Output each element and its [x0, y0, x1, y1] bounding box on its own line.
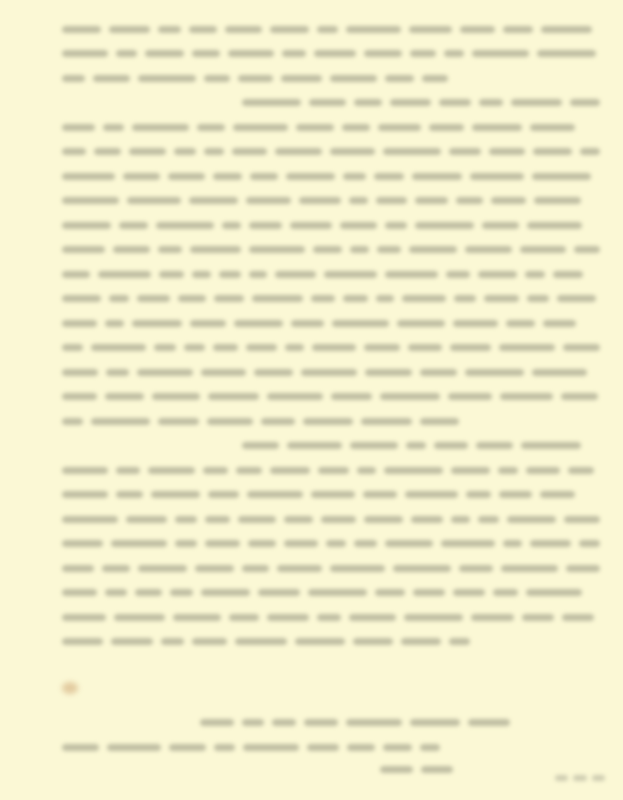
text-line: [200, 715, 510, 729]
text-line: [62, 218, 600, 232]
text-line: [62, 243, 600, 257]
text-line: [62, 390, 600, 404]
text-line: [62, 414, 470, 428]
text-line: [62, 610, 600, 624]
text-line: [62, 120, 600, 134]
text-line: [62, 561, 600, 575]
text-line: [62, 47, 600, 61]
text-line: [62, 292, 600, 306]
text-line: [62, 71, 470, 85]
text-line: [62, 463, 600, 477]
text-line: [62, 488, 600, 502]
text-line: [62, 341, 600, 355]
text-line: [62, 316, 600, 330]
text-line: [62, 22, 600, 36]
ink-blot: [62, 682, 78, 694]
text-line: [62, 537, 600, 551]
text-line: [242, 439, 600, 453]
text-line: [62, 365, 600, 379]
text-line: [62, 194, 600, 208]
text-line: [242, 96, 600, 110]
letter-page: illegible - image is heavily blurred [il…: [0, 0, 623, 800]
text-line: [62, 145, 600, 159]
text-line: [62, 512, 600, 526]
text-line: [62, 740, 440, 754]
text-line: [380, 762, 475, 776]
text-line: [62, 635, 470, 649]
text-line: [62, 267, 600, 281]
text-line: [62, 169, 600, 183]
corner-note: [555, 775, 605, 783]
text-line: [62, 586, 600, 600]
